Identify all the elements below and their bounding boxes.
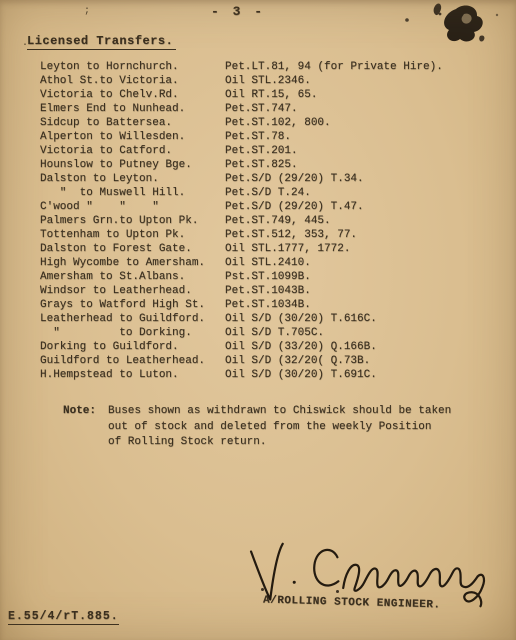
vehicles-cell: Pet.S/D (29/20) T.34. — [225, 172, 364, 186]
vehicles-cell: Pet.ST.825. — [225, 158, 298, 172]
vehicles-cell: Pet.ST.747. — [225, 102, 298, 116]
transfer-row: Amersham to St.Albans. Pst.ST.1099B. — [40, 270, 506, 284]
route-cell: Windsor to Leatherhead. — [40, 284, 225, 298]
vehicles-cell: Pet.ST.78. — [225, 130, 291, 144]
transfer-row: Dalston to Forest Gate. Oil STL.1777, 17… — [40, 242, 506, 256]
route-cell: Athol St.to Victoria. — [40, 74, 225, 88]
transfer-row: " to Dorking. Oil S/D T.705C. — [40, 326, 506, 340]
vehicles-cell: Oil S/D (30/20) T.616C. — [225, 312, 377, 326]
transfer-row: Palmers Grn.to Upton Pk. Pet.ST.749, 445… — [40, 214, 506, 228]
vehicles-cell: Pet.ST.1043B. — [225, 284, 311, 298]
route-cell: Dalston to Forest Gate. — [40, 242, 225, 256]
note-text: Buses shown as withdrawn to Chiswick sho… — [108, 404, 451, 451]
stray-mark: ; — [84, 6, 90, 17]
transfer-row: C'wood " " " Pet.S/D (29/20) T.47. — [40, 200, 506, 214]
transfer-row: Elmers End to Nunhead. Pet.ST.747. — [40, 102, 506, 116]
transfer-row: Leatherhead to Guildford. Oil S/D (30/20… — [40, 312, 506, 326]
transfer-row: Leyton to Hornchurch. Pet.LT.81, 94 (for… — [40, 60, 506, 74]
route-cell: Tottenham to Upton Pk. — [40, 228, 225, 242]
vehicles-cell: Pet.ST.749, 445. — [225, 214, 331, 228]
route-cell: Elmers End to Nunhead. — [40, 102, 225, 116]
transfer-row: Victoria to Chelv.Rd. Oil RT.15, 65. — [40, 88, 506, 102]
route-cell: Hounslow to Putney Bge. — [40, 158, 225, 172]
transfer-row: Sidcup to Battersea. Pet.ST.102, 800. — [40, 116, 506, 130]
note-line: Buses shown as withdrawn to Chiswick sho… — [108, 404, 451, 420]
vehicles-cell: Oil S/D (33/20) Q.166B. — [225, 340, 377, 354]
transfer-row: Tottenham to Upton Pk. Pet.ST.512, 353, … — [40, 228, 506, 242]
page-title: Licensed Transfers. — [27, 34, 176, 50]
route-cell: " to Dorking. — [40, 326, 225, 340]
vehicles-cell: Oil STL.2410. — [225, 256, 311, 270]
route-cell: Alperton to Willesden. — [40, 130, 225, 144]
note-label: Note: — [63, 404, 108, 451]
transfer-row: " to Muswell Hill. Pet.S/D T.24. — [40, 186, 506, 200]
vehicles-cell: Oil STL.2346. — [225, 74, 311, 88]
reference-number: E.55/4/rT.885. — [8, 610, 119, 625]
route-cell: High Wycombe to Amersham. — [40, 256, 225, 270]
route-cell: Palmers Grn.to Upton Pk. — [40, 214, 225, 228]
vehicles-cell: Pst.ST.1099B. — [225, 270, 311, 284]
route-cell: Dalston to Leyton. — [40, 172, 225, 186]
route-cell: Leyton to Hornchurch. — [40, 60, 225, 74]
transfer-row: Athol St.to Victoria. Oil STL.2346. — [40, 74, 506, 88]
vehicles-cell: Pet.ST.512, 353, 77. — [225, 228, 357, 242]
transfer-row: Hounslow to Putney Bge. Pet.ST.825. — [40, 158, 506, 172]
transfer-row: Grays to Watford High St. Pet.ST.1034B. — [40, 298, 506, 312]
transfers-list: Leyton to Hornchurch. Pet.LT.81, 94 (for… — [40, 60, 506, 382]
route-cell: Sidcup to Battersea. — [40, 116, 225, 130]
note-section: Note: Buses shown as withdrawn to Chiswi… — [63, 404, 496, 451]
note-line: of Rolling Stock return. — [108, 435, 451, 451]
transfer-row: Windsor to Leatherhead. Pet.ST.1043B. — [40, 284, 506, 298]
vehicles-cell: Oil RT.15, 65. — [225, 88, 317, 102]
route-cell: Amersham to St.Albans. — [40, 270, 225, 284]
vehicles-cell: Oil STL.1777, 1772. — [225, 242, 350, 256]
transfer-row: High Wycombe to Amersham. Oil STL.2410. — [40, 256, 506, 270]
vehicles-cell: Oil S/D (30/20) T.691C. — [225, 368, 377, 382]
route-cell: Leatherhead to Guildford. — [40, 312, 225, 326]
route-cell: Guildford to Leatherhead. — [40, 354, 225, 368]
route-cell: Dorking to Guildford. — [40, 340, 225, 354]
note-line: out of stock and deleted from the weekly… — [108, 420, 451, 436]
vehicles-cell: Oil S/D (32/20( Q.73B. — [225, 354, 370, 368]
transfer-row: Victoria to Catford. Pet.ST.201. — [40, 144, 506, 158]
route-cell: H.Hempstead to Luton. — [40, 368, 225, 382]
vehicles-cell: Pet.ST.201. — [225, 144, 298, 158]
transfer-row: Alperton to Willesden. Pet.ST.78. — [40, 130, 506, 144]
route-cell: C'wood " " " — [40, 200, 225, 214]
vehicles-cell: Pet.S/D T.24. — [225, 186, 311, 200]
stray-mark — [261, 588, 264, 591]
transfer-row: Dorking to Guildford. Oil S/D (33/20) Q.… — [40, 340, 506, 354]
stray-mark — [336, 590, 339, 593]
route-cell: " to Muswell Hill. — [40, 186, 225, 200]
vehicles-cell: Oil S/D T.705C. — [225, 326, 324, 340]
document-page: - 3 - ; . Licensed Transfers. Leyton to … — [0, 0, 516, 640]
route-cell: Victoria to Chelv.Rd. — [40, 88, 225, 102]
ink-blot — [394, 0, 504, 48]
signature-section: A/ROLLING STOCK ENGINEER. — [233, 540, 513, 640]
vehicles-cell: Pet.ST.1034B. — [225, 298, 311, 312]
vehicles-cell: Pet.ST.102, 800. — [225, 116, 331, 130]
transfer-row: H.Hempstead to Luton. Oil S/D (30/20) T.… — [40, 368, 506, 382]
vehicles-cell: Pet.LT.81, 94 (for Private Hire). — [225, 60, 443, 74]
route-cell: Grays to Watford High St. — [40, 298, 225, 312]
route-cell: Victoria to Catford. — [40, 144, 225, 158]
transfer-row: Guildford to Leatherhead. Oil S/D (32/20… — [40, 354, 506, 368]
transfer-row: Dalston to Leyton. Pet.S/D (29/20) T.34. — [40, 172, 506, 186]
vehicles-cell: Pet.S/D (29/20) T.47. — [225, 200, 364, 214]
